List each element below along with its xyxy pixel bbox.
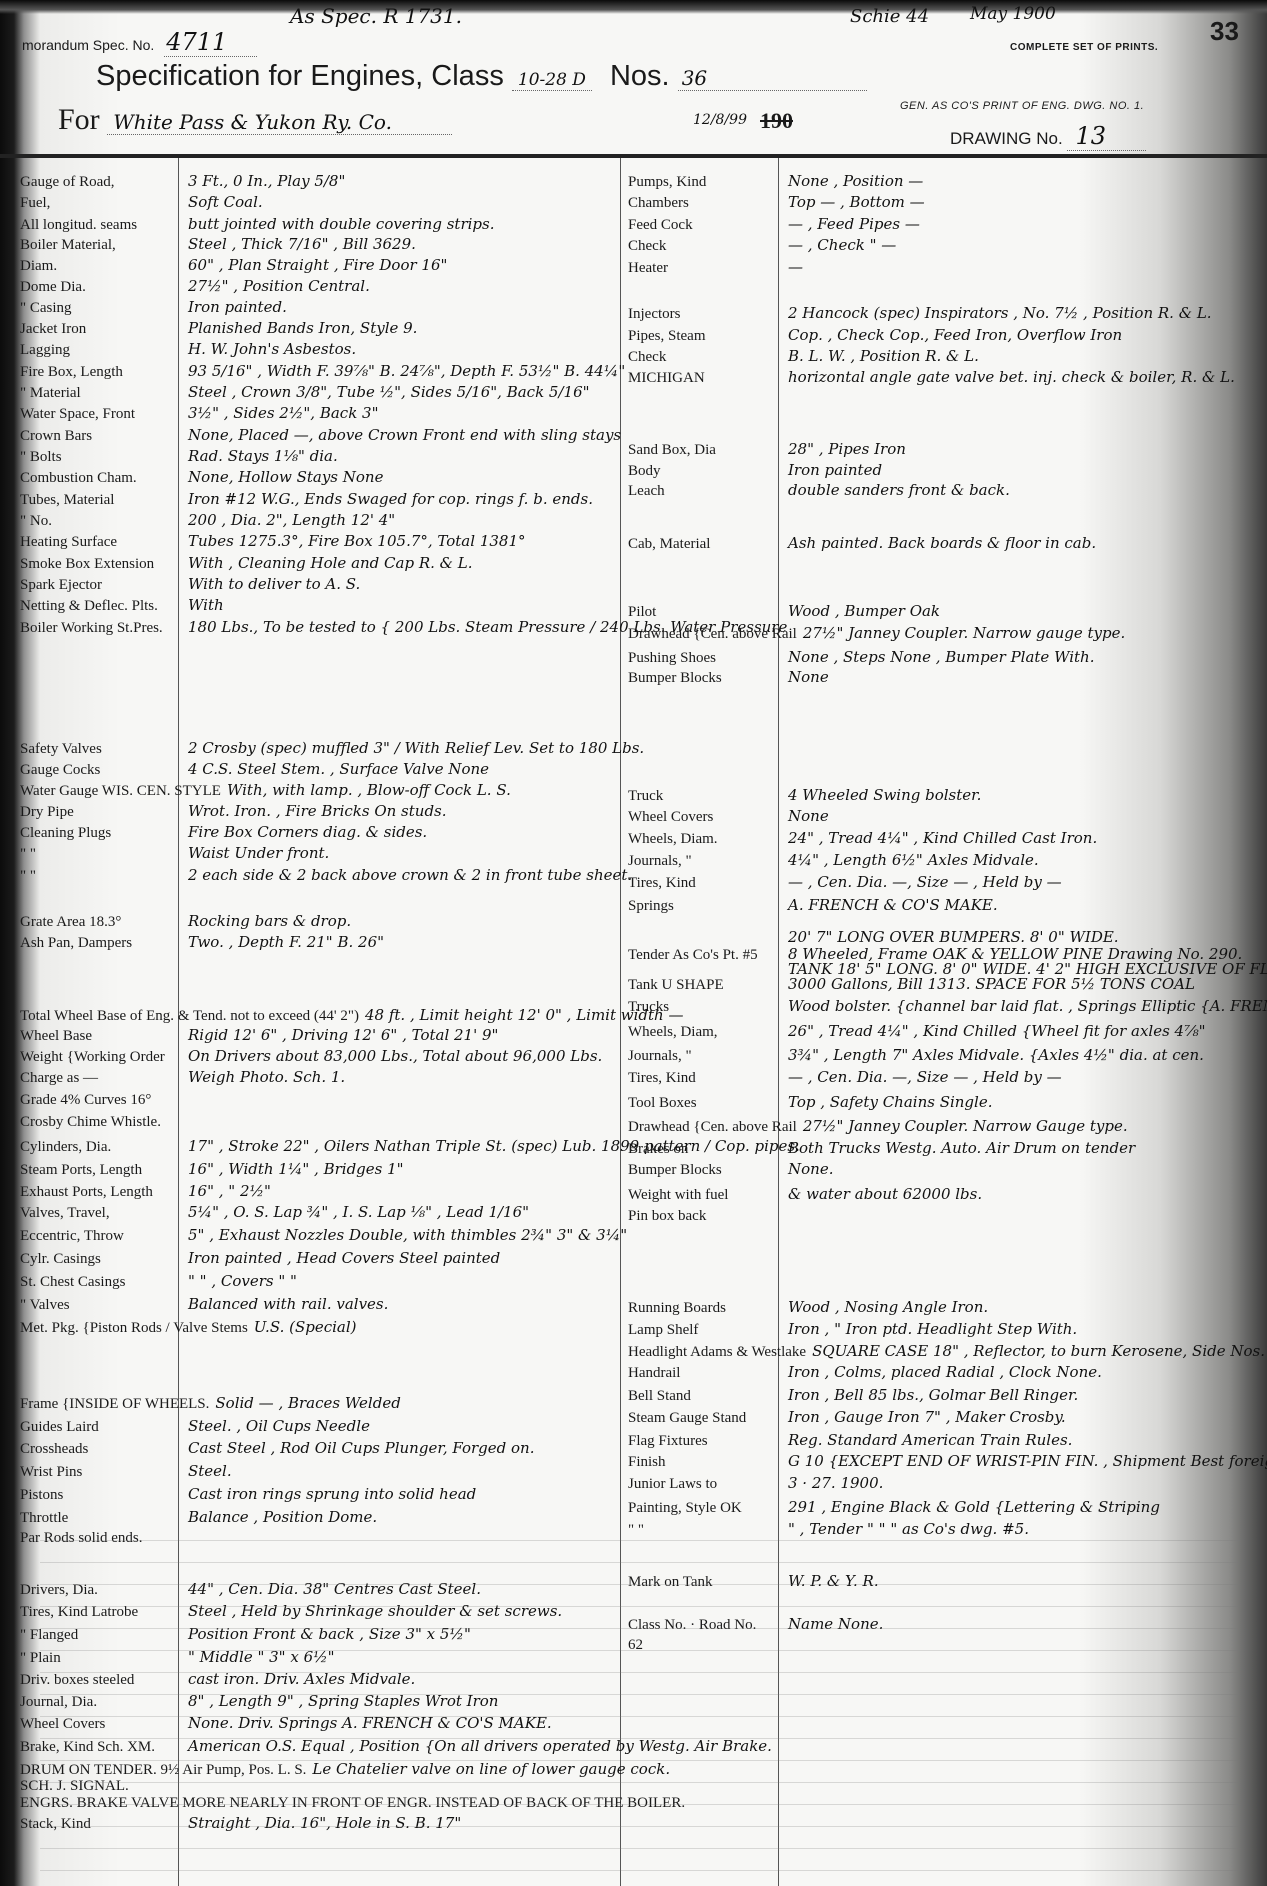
left-label: Pistons	[20, 1487, 182, 1504]
left-value: Steel , Thick 7/16" , Bill 3629.	[188, 235, 416, 253]
left-row: St. Chest Casings" " , Covers " "	[20, 1272, 303, 1294]
left-value: U.S. (Special)	[254, 1318, 357, 1336]
left-row: Water Gauge WIS. CEN. STYLEWith, with la…	[20, 781, 517, 803]
left-row: Steam Ports, Length16" , Width 1¼" , Bri…	[20, 1160, 410, 1182]
right-value: Iron , Bell 85 lbs., Golmar Bell Ringer.	[788, 1386, 1078, 1404]
right-label: Wheel Covers	[628, 809, 782, 826]
right-label: Truck	[628, 788, 782, 805]
left-row: Total Wheel Base of Eng. & Tend. not to …	[20, 1006, 689, 1028]
right-label: Headlight Adams & Westlake	[628, 1344, 806, 1361]
right-value: — , Feed Pipes —	[788, 215, 920, 233]
left-value: 93 5/16" , Width F. 39⅞" B. 24⅞", Depth …	[188, 362, 625, 380]
right-value: Iron , Gauge Iron 7" , Maker Crosby.	[788, 1408, 1066, 1426]
left-label: Driv. boxes steeled	[20, 1672, 182, 1689]
left-label: " No.	[20, 513, 182, 530]
right-value: None	[788, 668, 829, 686]
left-value: With to deliver to A. S.	[188, 575, 360, 593]
right-row: Class No. · Road No.Name None.	[628, 1615, 889, 1637]
left-value: 5¼" , O. S. Lap ¾" , I. S. Lap ⅛" , Lead…	[188, 1203, 529, 1221]
right-label: Brakes on	[628, 1141, 782, 1158]
right-value: None.	[788, 1160, 833, 1178]
ruled-line	[40, 1606, 1240, 1607]
right-row: Brakes onBoth Trucks Westg. Auto. Air Dr…	[628, 1139, 1141, 1161]
right-row: Bumper BlocksNone	[628, 668, 835, 690]
nos-value: 36	[678, 66, 867, 91]
right-label: Check	[628, 238, 782, 255]
left-row: Wrist PinsSteel.	[20, 1462, 238, 1484]
ruled-line	[40, 1782, 1240, 1783]
left-row: CrossheadsCast Steel , Rod Oil Cups Plun…	[20, 1439, 540, 1461]
left-value: Solid — , Braces Welded	[215, 1394, 400, 1412]
left-label: Water Space, Front	[20, 406, 182, 423]
right-label: Tires, Kind	[628, 1070, 782, 1087]
left-label: Brake, Kind Sch. XM.	[20, 1739, 182, 1756]
right-row: Feed Cock— , Feed Pipes —	[628, 215, 926, 237]
right-value: double sanders front & back.	[788, 481, 1010, 499]
left-value: 2 each side & 2 back above crown & 2 in …	[188, 866, 632, 884]
right-value: G 10 {EXCEPT END OF WRIST-PIN FIN. , Shi…	[788, 1452, 1267, 1470]
right-row: Leachdouble sanders front & back.	[628, 481, 1016, 503]
right-row: Pin box back	[628, 1208, 794, 1230]
left-row: Combustion Cham.None, Hollow Stays None	[20, 468, 389, 490]
right-row: Steam Gauge StandIron , Gauge Iron 7" , …	[628, 1408, 1072, 1430]
left-value: Steel , Crown 3/8", Tube ½", Sides 5/16"…	[188, 383, 590, 401]
left-value: Weigh Photo. Sch. 1.	[188, 1068, 345, 1086]
right-label: Weight with fuel	[628, 1187, 782, 1204]
left-row: Water Space, Front3½" , Sides 2½", Back …	[20, 404, 385, 426]
right-row: Running BoardsWood , Nosing Angle Iron.	[628, 1298, 994, 1320]
page-number: 33	[1210, 16, 1239, 47]
right-row: FinishG 10 {EXCEPT END OF WRIST-PIN FIN.…	[628, 1452, 1267, 1474]
left-value: Cast iron rings sprung into solid head	[188, 1485, 476, 1503]
left-label: Total Wheel Base of Eng. & Tend. not to …	[20, 1008, 359, 1025]
class-value: 10-28 D	[512, 70, 592, 91]
left-label: Heating Surface	[20, 534, 182, 551]
left-label: " Plain	[20, 1650, 182, 1667]
right-row: CheckB. L. W. , Position R. & L.	[628, 347, 985, 369]
right-value: W. P. & Y. R.	[788, 1572, 879, 1590]
left-row: Wheel CoversNone. Driv. Springs A. FRENC…	[20, 1714, 558, 1736]
for-value: White Pass & Yukon Ry. Co.	[107, 110, 452, 135]
ruled-line	[40, 1562, 1240, 1563]
left-value: 44" , Cen. Dia. 38" Centres Cast Steel.	[188, 1580, 481, 1598]
left-row: " CasingIron painted.	[20, 298, 293, 320]
left-label: " "	[20, 868, 182, 885]
left-row: Brake, Kind Sch. XM.American O.S. Equal …	[20, 1737, 778, 1759]
right-label: Pin box back	[628, 1208, 782, 1225]
left-value: Planished Bands Iron, Style 9.	[188, 319, 417, 337]
left-row: " BoltsRad. Stays 1⅛" dia.	[20, 447, 344, 469]
right-value: A. FRENCH & CO'S MAKE.	[788, 896, 998, 914]
left-label: Safety Valves	[20, 741, 182, 758]
right-value: Iron , Colms, placed Radial , Clock None…	[788, 1363, 1102, 1381]
left-row: PistonsCast iron rings sprung into solid…	[20, 1485, 482, 1507]
left-row: Wheel BaseRigid 12' 6" , Driving 12' 6" …	[20, 1026, 504, 1048]
right-row: Tires, Kind— , Cen. Dia. —, Size — , Hel…	[628, 1068, 1068, 1090]
right-value: 291 , Engine Black & Gold {Lettering & S…	[788, 1498, 1160, 1516]
left-value: Rocking bars & drop.	[188, 912, 351, 930]
for-label: For	[58, 103, 100, 136]
right-value: None , Steps None , Bumper Plate With.	[788, 648, 1094, 666]
complete-set-label: COMPLETE SET OF PRINTS.	[1010, 42, 1158, 53]
left-row: Driv. boxes steeledcast iron. Driv. Axle…	[20, 1670, 421, 1692]
right-row: Bumper BlocksNone.	[628, 1160, 839, 1182]
left-row: Heating SurfaceTubes 1275.3°, Fire Box 1…	[20, 532, 532, 554]
left-label: Eccentric, Throw	[20, 1228, 182, 1245]
right-label: Wheels, Diam,	[628, 1024, 782, 1041]
left-row: Charge as —Weigh Photo. Sch. 1.	[20, 1068, 351, 1090]
right-value: 3 · 27. 1900.	[788, 1474, 883, 1492]
right-row: Headlight Adams & WestlakeSQUARE CASE 18…	[628, 1342, 1267, 1364]
left-value: On Drivers about 83,000 Lbs., Total abou…	[188, 1047, 602, 1065]
memorandum-spec: morandum Spec. No. 4711	[22, 28, 257, 56]
left-label: Water Gauge WIS. CEN. STYLE	[20, 783, 221, 800]
left-value: Balanced with rail. valves.	[188, 1295, 388, 1313]
left-value: None, Hollow Stays None	[188, 468, 383, 486]
left-value: " " , Covers " "	[188, 1272, 297, 1290]
left-label: Jacket Iron	[20, 321, 182, 338]
left-label: Exhaust Ports, Length	[20, 1184, 182, 1201]
left-value: Steel , Held by Shrinkage shoulder & set…	[188, 1602, 562, 1620]
right-label: Injectors	[628, 306, 782, 323]
left-row: Tubes, MaterialIron #12 W.G., Ends Swage…	[20, 490, 599, 512]
left-label: Diam.	[20, 258, 182, 275]
left-label: Dome Dia.	[20, 279, 182, 296]
right-label: Mark on Tank	[628, 1574, 782, 1591]
right-row: Drawhead {Cen. above Rail27½" Janney Cou…	[628, 624, 1131, 646]
right-label: Tires, Kind	[628, 875, 782, 892]
left-value: Tubes 1275.3°, Fire Box 105.7°, Total 13…	[188, 532, 526, 550]
right-label: Flag Fixtures	[628, 1433, 782, 1450]
right-label: Feed Cock	[628, 217, 782, 234]
left-label: Journal, Dia.	[20, 1694, 182, 1711]
right-row: MICHIGANhorizontal angle gate valve bet.…	[628, 368, 1241, 390]
left-label: Ash Pan, Dampers	[20, 935, 182, 952]
right-row: Sand Box, Dia28" , Pipes Iron	[628, 440, 912, 462]
right-label: Running Boards	[628, 1300, 782, 1317]
left-label: " "	[20, 846, 182, 863]
left-row: All longitud. seamsbutt jointed with dou…	[20, 215, 500, 237]
left-label: Throttle	[20, 1510, 182, 1527]
right-value: 2 Hancock (spec) Inspirators , No. 7½ , …	[788, 304, 1212, 322]
right-label: Journals, "	[628, 853, 782, 870]
left-row: Exhaust Ports, Length16" , " 2½"	[20, 1182, 277, 1204]
right-row: Wheels, Diam.24" , Tread 4¼" , Kind Chil…	[628, 829, 1103, 851]
left-value: Wrot. Iron. , Fire Bricks On studs.	[188, 802, 447, 820]
left-value: Waist Under front.	[188, 844, 329, 862]
right-row: Pumps, KindNone , Position —	[628, 172, 929, 194]
left-label: Wheel Base	[20, 1028, 182, 1045]
left-row: Frame {INSIDE OF WHEELS.Solid — , Braces…	[20, 1394, 407, 1416]
ruled-line	[40, 1650, 1240, 1651]
left-label: Cleaning Plugs	[20, 825, 182, 842]
ruled-line	[40, 1628, 1240, 1629]
right-row: " "" , Tender " " " as Co's dwg. #5.	[628, 1520, 1035, 1542]
right-value: Top — , Bottom —	[788, 193, 925, 211]
left-label: Stack, Kind	[20, 1816, 182, 1833]
left-value: With	[188, 596, 224, 614]
right-label: Bell Stand	[628, 1388, 782, 1405]
left-label: Par Rods solid ends.	[20, 1530, 182, 1547]
top-note-date: May 1900	[970, 4, 1056, 24]
right-label: Pipes, Steam	[628, 328, 782, 345]
left-row: Dry PipeWrot. Iron. , Fire Bricks On stu…	[20, 802, 453, 824]
right-label: Drawhead {Cen. above Rail	[628, 626, 797, 643]
right-label: Wheels, Diam.	[628, 831, 782, 848]
ruled-line	[40, 1584, 1240, 1585]
right-row: Junior Laws to3 · 27. 1900.	[628, 1474, 889, 1496]
drawing-no: DRAWING No. 13	[950, 122, 1146, 150]
right-label: Handrail	[628, 1365, 782, 1382]
left-row: Par Rods solid ends.	[20, 1530, 194, 1552]
left-label: Boiler Working St.Pres.	[20, 620, 182, 637]
right-label: Junior Laws to	[628, 1476, 782, 1493]
right-row: Drawhead {Cen. above Rail27½" Janney Cou…	[628, 1117, 1134, 1139]
right-value: SQUARE CASE 18" , Reflector, to burn Ker…	[812, 1342, 1267, 1360]
right-row: Journals, "4¼" , Length 6½" Axles Midval…	[628, 851, 1045, 873]
left-value: Balance , Position Dome.	[188, 1508, 377, 1526]
left-row: Fire Box, Length93 5/16" , Width F. 39⅞"…	[20, 362, 631, 384]
left-label: Crosby Chime Whistle.	[20, 1114, 182, 1131]
left-value: Fire Box Corners diag. & sides.	[188, 823, 427, 841]
left-value: Steel. , Oil Cups Needle	[188, 1417, 370, 1435]
left-row: Cleaning PlugsFire Box Corners diag. & s…	[20, 823, 433, 845]
right-row: PilotWood , Bumper Oak	[628, 602, 946, 624]
left-label: " Flanged	[20, 1627, 182, 1644]
right-label: Heater	[628, 260, 782, 277]
right-value: None , Position —	[788, 172, 923, 190]
left-value: With, with lamp. , Blow-off Cock L. S.	[227, 781, 511, 799]
for-line: For White Pass & Yukon Ry. Co.	[58, 103, 452, 137]
right-value: Iron painted	[788, 461, 882, 479]
right-value: — , Cen. Dia. —, Size — , Held by —	[788, 873, 1062, 891]
right-value: & water about 62000 lbs.	[788, 1185, 982, 1203]
left-value: Iron painted.	[188, 298, 287, 316]
left-row: Stack, KindStraight , Dia. 16", Hole in …	[20, 1814, 467, 1836]
top-note-sign: Schie 44	[850, 6, 929, 27]
left-label: " Casing	[20, 300, 182, 317]
left-value: Rigid 12' 6" , Driving 12' 6" , Total 21…	[188, 1026, 498, 1044]
title-prefix: Specification for Engines, Class	[96, 60, 504, 92]
left-row: " ValvesBalanced with rail. valves.	[20, 1295, 394, 1317]
right-label: Trucks	[628, 999, 782, 1016]
left-label: Spark Ejector	[20, 577, 182, 594]
right-value: 4 Wheeled Swing bolster.	[788, 786, 981, 804]
right-label: Painting, Style OK	[628, 1500, 782, 1517]
ruled-line	[40, 1738, 1240, 1739]
left-label: SCH. J. SIGNAL.	[20, 1778, 182, 1795]
ruled-line	[40, 1870, 1240, 1871]
ruled-line	[40, 1672, 1240, 1673]
left-value: 27½" , Position Central.	[188, 277, 370, 295]
right-value: " , Tender " " " as Co's dwg. #5.	[788, 1520, 1029, 1538]
left-label: St. Chest Casings	[20, 1274, 182, 1291]
page-title: Specification for Engines, Class 10-28 D…	[96, 60, 867, 93]
right-value: 27½" Janney Coupler. Narrow gauge type.	[803, 624, 1125, 642]
right-value: 4¼" , Length 6½" Axles Midvale.	[788, 851, 1039, 869]
right-value: 3¾" , Length 7" Axles Midvale. {Axles 4½…	[788, 1046, 1204, 1064]
right-value: 27½" Janney Coupler. Narrow Gauge type.	[803, 1117, 1128, 1135]
left-label: Wrist Pins	[20, 1464, 182, 1481]
left-label: Frame {INSIDE OF WHEELS.	[20, 1396, 209, 1413]
right-label: MICHIGAN	[628, 370, 782, 387]
ruled-line	[40, 1804, 1240, 1805]
left-label: Grade 4% Curves 16°	[20, 1092, 182, 1109]
memorandum-label: morandum Spec. No.	[22, 37, 154, 53]
right-row: 62	[628, 1637, 794, 1659]
right-row: Tool BoxesTop , Safety Chains Single.	[628, 1093, 998, 1115]
left-row: Valves, Travel,5¼" , O. S. Lap ¾" , I. S…	[20, 1203, 535, 1225]
ruled-line	[40, 1716, 1240, 1717]
nos-label: Nos.	[610, 60, 670, 92]
right-value: Reg. Standard American Train Rules.	[788, 1431, 1072, 1449]
right-label: " "	[628, 1522, 782, 1539]
left-row: ThrottleBalance , Position Dome.	[20, 1508, 383, 1530]
left-row: Crown BarsNone, Placed —, above Crown Fr…	[20, 426, 627, 448]
left-value: 16" , " 2½"	[188, 1182, 271, 1200]
left-value: With , Cleaning Hole and Cap R. & L.	[188, 554, 473, 572]
right-row: Lamp ShelfIron , " Iron ptd. Headlight S…	[628, 1320, 1083, 1342]
right-label: Bumper Blocks	[628, 670, 782, 687]
left-row: Fuel,Soft Coal.	[20, 193, 269, 215]
right-row: Flag FixturesReg. Standard American Trai…	[628, 1431, 1078, 1453]
right-value: Both Trucks Westg. Auto. Air Drum on ten…	[788, 1139, 1135, 1157]
left-row: Grade 4% Curves 16°	[20, 1092, 194, 1114]
left-value: Rad. Stays 1⅛" dia.	[188, 447, 338, 465]
ruled-line	[40, 1848, 1240, 1849]
left-value: 2 Crosby (spec) muffled 3" / With Relief…	[188, 739, 644, 757]
left-row: " Plain" Middle " 3" x 6½"	[20, 1648, 341, 1670]
ruled-line	[40, 1826, 1240, 1827]
right-label: Drawhead {Cen. above Rail	[628, 1119, 797, 1136]
right-label: Pushing Shoes	[628, 650, 782, 667]
left-row: Met. Pkg. {Piston Rods / Valve StemsU.S.…	[20, 1318, 363, 1340]
left-label: Wheel Covers	[20, 1716, 182, 1733]
ruled-line	[40, 1694, 1240, 1695]
left-label: Met. Pkg. {Piston Rods / Valve Stems	[20, 1320, 248, 1337]
right-label: Sand Box, Dia	[628, 442, 782, 459]
right-label: Tank U SHAPE	[628, 977, 782, 994]
right-label: 62	[628, 1637, 782, 1654]
drawing-label: DRAWING No.	[950, 129, 1063, 148]
ruled-line	[40, 1540, 1240, 1541]
right-row: HandrailIron , Colms, placed Radial , Cl…	[628, 1363, 1108, 1385]
right-value: Ash painted. Back boards & floor in cab.	[788, 534, 1096, 552]
left-label: " Valves	[20, 1297, 182, 1314]
right-label: Finish	[628, 1454, 782, 1471]
right-label: Springs	[628, 898, 782, 915]
right-value: 28" , Pipes Iron	[788, 440, 906, 458]
right-label: Tool Boxes	[628, 1095, 782, 1112]
left-label: DRUM ON TENDER. 9½ Air Pump, Pos. L. S.	[20, 1762, 306, 1779]
header-divider	[0, 154, 1267, 158]
right-row: Journals, "3¾" , Length 7" Axles Midvale…	[628, 1046, 1210, 1068]
left-value: American O.S. Equal , Position {On all d…	[188, 1737, 772, 1755]
left-label: Gauge of Road,	[20, 174, 182, 191]
left-value: Iron painted , Head Covers Steel painted	[188, 1249, 500, 1267]
left-label: Tubes, Material	[20, 492, 182, 509]
right-row: Painting, Style OK291 , Engine Black & G…	[628, 1498, 1166, 1520]
right-row: Weight with fuel& water about 62000 lbs.	[628, 1185, 988, 1207]
left-row: Netting & Deflec. Plts.With	[20, 596, 230, 618]
left-row: LaggingH. W. John's Asbestos.	[20, 340, 362, 362]
right-value: —	[788, 258, 803, 276]
left-label: Guides Laird	[20, 1419, 182, 1436]
right-label: Body	[628, 463, 782, 480]
left-label: Fuel,	[20, 195, 182, 212]
left-label: " Bolts	[20, 449, 182, 466]
right-row: Tank U SHAPE3000 Gallons, Bill 1313. SPA…	[628, 975, 1201, 997]
right-value: Iron , " Iron ptd. Headlight Step With.	[788, 1320, 1077, 1338]
right-row: Wheels, Diam,26" , Tread 4¼" , Kind Chil…	[628, 1022, 1212, 1044]
right-row: BodyIron painted	[628, 461, 888, 483]
left-row: Jacket IronPlanished Bands Iron, Style 9…	[20, 319, 423, 341]
left-row: Smoke Box ExtensionWith , Cleaning Hole …	[20, 554, 479, 576]
left-label: Crown Bars	[20, 428, 182, 445]
left-value: 4 C.S. Steel Stem. , Surface Valve None	[188, 760, 489, 778]
left-row: Crosby Chime Whistle.	[20, 1114, 194, 1136]
right-label: Leach	[628, 483, 782, 500]
left-value: Le Chatelier valve on line of lower gaug…	[312, 1760, 670, 1778]
right-value: None	[788, 807, 829, 825]
right-value: Top , Safety Chains Single.	[788, 1093, 992, 1111]
date-value: 12/8/99	[693, 112, 747, 128]
right-value: — , Cen. Dia. —, Size — , Held by —	[788, 1068, 1062, 1086]
left-label: Grate Area 18.3°	[20, 914, 182, 931]
right-row: 20' 7" LONG OVER BUMPERS. 8' 0" WIDE.	[628, 928, 1125, 950]
left-label: Netting & Deflec. Plts.	[20, 598, 182, 615]
left-value: 200 , Dia. 2", Length 12' 4"	[188, 511, 395, 529]
left-row: " MaterialSteel , Crown 3/8", Tube ½", S…	[20, 383, 596, 405]
left-value: H. W. John's Asbestos.	[188, 340, 356, 358]
right-row: Pipes, SteamCop. , Check Cop., Feed Iron…	[628, 326, 1128, 348]
left-row: " No.200 , Dia. 2", Length 12' 4"	[20, 511, 401, 533]
memorandum-no: 4711	[164, 28, 257, 57]
right-label: Lamp Shelf	[628, 1322, 782, 1339]
left-value: None, Placed —, above Crown Front end wi…	[188, 426, 621, 444]
left-value: 5" , Exhaust Nozzles Double, with thimbl…	[188, 1226, 627, 1244]
left-row: Eccentric, Throw5" , Exhaust Nozzles Dou…	[20, 1226, 633, 1248]
right-row: Truck4 Wheeled Swing bolster.	[628, 786, 987, 808]
left-value: Iron #12 W.G., Ends Swaged for cop. ring…	[188, 490, 593, 508]
right-row: Bell StandIron , Bell 85 lbs., Golmar Be…	[628, 1386, 1084, 1408]
left-row: Grate Area 18.3°Rocking bars & drop.	[20, 912, 357, 934]
left-row: Boiler Material,Steel , Thick 7/16" , Bi…	[20, 235, 422, 257]
left-label: Gauge Cocks	[20, 762, 182, 779]
left-row: " "Waist Under front.	[20, 844, 335, 866]
left-label: Steam Ports, Length	[20, 1162, 182, 1179]
right-value: Cop. , Check Cop., Feed Iron, Overflow I…	[788, 326, 1122, 344]
right-row: Pushing ShoesNone , Steps None , Bumper …	[628, 648, 1100, 670]
left-label: Lagging	[20, 342, 182, 359]
left-label: Crossheads	[20, 1441, 182, 1458]
left-label: Weight {Working Order	[20, 1049, 182, 1066]
right-value: Wood bolster. {channel bar laid flat. , …	[788, 997, 1267, 1015]
right-row: Wheel CoversNone	[628, 807, 835, 829]
left-value: Soft Coal.	[188, 193, 263, 211]
left-value: 3½" , Sides 2½", Back 3"	[188, 404, 379, 422]
left-label: Valves, Travel,	[20, 1205, 182, 1222]
left-label: Fire Box, Length	[20, 364, 182, 381]
right-row: SpringsA. FRENCH & CO'S MAKE.	[628, 896, 1004, 918]
right-row: Injectors2 Hancock (spec) Inspirators , …	[628, 304, 1218, 326]
right-value: B. L. W. , Position R. & L.	[788, 347, 979, 365]
right-row: Cab, MaterialAsh painted. Back boards & …	[628, 534, 1102, 556]
right-label: Bumper Blocks	[628, 1162, 782, 1179]
right-value: — , Check " —	[788, 236, 896, 254]
right-label: Class No. · Road No.	[628, 1617, 782, 1634]
right-label: Pumps, Kind	[628, 174, 782, 191]
